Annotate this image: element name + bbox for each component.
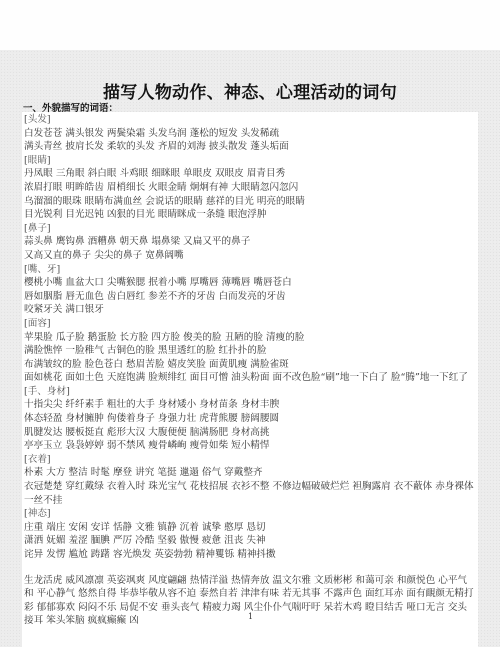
section-heading: 一、外貌描写的词语：	[23, 100, 118, 114]
text-line: 白发苍苍 满头银发 两鬓染霜 头发乌润 蓬松的短发 头发稀疏	[24, 127, 476, 141]
category-label-mouth-teeth: [嘴、牙]	[24, 263, 476, 277]
text-line: 亭亭玉立 袅袅婷婷 弱不禁风 瘦骨嶙峋 瘦骨如柴 短小精悍	[24, 439, 476, 453]
text-line: 面如桃花 面如土色 天庭饱满 脸颊绯红 面目可憎 油头粉面 面不改色脸“刷”地一…	[24, 371, 476, 385]
category-label-hands-body: [手、身材]	[24, 385, 476, 399]
document-body: [头发] 白发苍苍 满头银发 两鬓染霜 头发乌润 蓬松的短发 头发稀疏 满头青丝…	[24, 113, 476, 628]
text-line: 樱桃小嘴 血盆大口 尖嘴猴腮 抿着小嘴 厚嘴唇 薄嘴唇 嘴唇苍白	[24, 276, 476, 290]
text-line: 苹果脸 瓜子脸 鹅蛋脸 长方脸 四方脸 俊美的脸 丑陋的脸 清瘦的脸	[24, 331, 476, 345]
category-label-expression: [神态]	[24, 507, 476, 521]
text-line: 丹凤眼 三角眼 斜白眼 斗鸡眼 细眯眼 单眼皮 双眼皮 眉青目秀	[24, 167, 476, 181]
text-line: 庄重 端庄 安闲 安详 恬静 文雅 镇静 沉着 诚挚 憨厚 恳切	[24, 521, 476, 535]
text-line: 诧异 发愣 尴尬 踌躇 容光焕发 英姿勃勃 精神矍铄 精神抖擞	[24, 548, 476, 562]
text-line: 肌腱发达 腰板挺直 彪形大汉 大腹便便 脑满肠肥 身材高挑	[24, 426, 476, 440]
text-line: 蒜头鼻 鹰钩鼻 酒糟鼻 朝天鼻 塌鼻梁 又扁又平的鼻子	[24, 235, 476, 249]
text-line: 体态轻盈 身材臃肿 佝偻着身子 身强力壮 虎背熊腰 膀阔腰圆	[24, 412, 476, 426]
category-label-eyes: [眼睛]	[24, 154, 476, 168]
text-line: 乌溜溜的眼珠 眼睛布满血丝 会说话的眼睛 慈祥的目光 明亮的眼睛	[24, 195, 476, 209]
text-line: 布满皱纹的脸 脸色苍白 愁眉苦脸 嬉皮笑脸 面黄肌瘦 满脸雀斑	[24, 358, 476, 372]
text-line: 满头青丝 披肩长发 柔软的头发 齐眉的刘海 披头散发 蓬头垢面	[24, 140, 476, 154]
category-label-clothing: [衣着]	[24, 453, 476, 467]
text-line: 潇洒 妩媚 羞涩 腼腆 严厉 冷酷 坚毅 傲慢 疲惫 沮丧 失神	[24, 534, 476, 548]
page-number: 1	[248, 612, 253, 621]
text-line: 十指尖尖 纤纤素手 粗壮的大手 身材矮小 身材苗条 身材丰腴	[24, 398, 476, 412]
text-line: 目光锐利 目光迟钝 凶狠的目光 眼睛眯成一条缝 眼泡浮肿	[24, 208, 476, 222]
text-line: 浓眉打眼 明眸皓齿 眉梢细长 火眼金睛 炯炯有神 大眼睛忽闪忽闪	[24, 181, 476, 195]
text-line: 朴素 大方 整洁 时髦 摩登 讲究 笔挺 邋遢 俗气 穿戴整齐	[24, 466, 476, 480]
category-label-hair: [头发]	[24, 113, 476, 127]
text-line: 满脸憔悴 一脸稚气 古铜色的脸 黑里透红的脸 红扑扑的脸	[24, 344, 476, 358]
category-label-face: [面容]	[24, 317, 476, 331]
category-label-nose: [鼻子]	[24, 222, 476, 236]
text-line: 唇如胭脂 唇无血色 齿白唇红 参差不齐的牙齿 白而发亮的牙齿	[24, 290, 476, 304]
text-line: 又高又直的鼻子 尖尖的鼻子 宽鼻阔嘴	[24, 249, 476, 263]
text-line: 衣冠楚楚 穿红戴绿 衣着入时 珠光宝气 花枝招展 衣衫不整 不修边幅破破烂烂 袒…	[24, 480, 476, 507]
text-line: 咬紧牙关 满口银牙	[24, 303, 476, 317]
